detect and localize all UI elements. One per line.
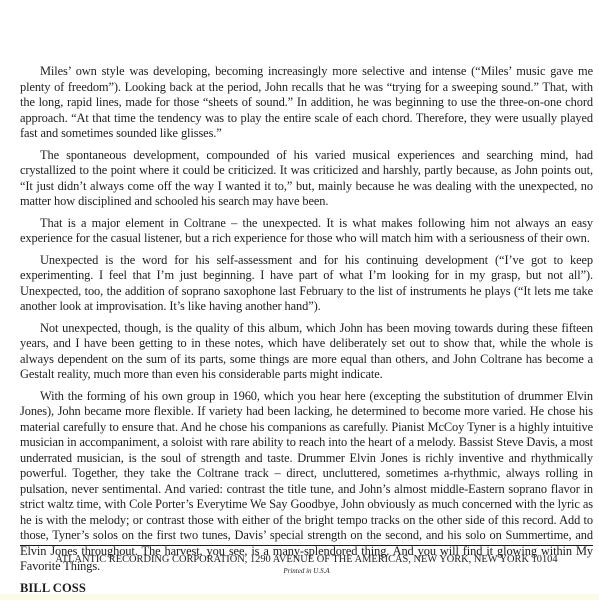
footer-divider <box>20 545 593 546</box>
publisher-address: ATLANTIC RECORDING CORPORATION, 1290 AVE… <box>20 553 593 566</box>
paragraph-miles-style: Miles’ own style was developing, becomin… <box>20 64 593 142</box>
printed-in-usa-note: Printed in U.S.A <box>20 566 593 577</box>
paragraph-own-group: With the forming of his own group in 196… <box>20 389 593 575</box>
paragraph-spontaneous-development: The spontaneous development, compounded … <box>20 148 593 210</box>
paragraph-unexpected-element: That is a major element in Coltrane – th… <box>20 216 593 247</box>
paragraph-album-quality: Not unexpected, though, is the quality o… <box>20 321 593 383</box>
liner-notes-body: Miles’ own style was developing, becomin… <box>20 64 593 596</box>
publisher-footer: ATLANTIC RECORDING CORPORATION, 1290 AVE… <box>20 553 593 577</box>
paragraph-self-assessment: Unexpected is the word for his self-asse… <box>20 253 593 315</box>
page-edge <box>0 594 599 600</box>
